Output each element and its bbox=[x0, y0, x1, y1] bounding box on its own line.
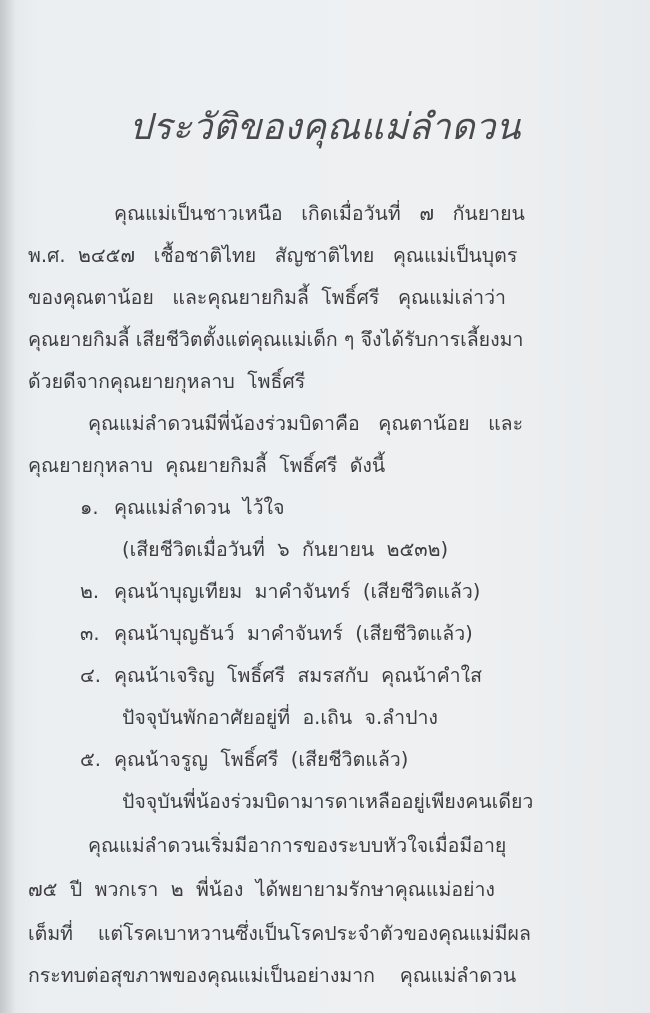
paragraph-1-line-5: ด้วยดีจากคุณยายกุหลาบ โพธิ์ศรี bbox=[28, 372, 305, 392]
sibling-number: ๔. bbox=[80, 666, 101, 686]
sibling-number: ๑. bbox=[80, 498, 99, 518]
sibling-number: ๒. bbox=[80, 582, 99, 602]
paragraph-3-line-1: ปัจจุบันพี่น้องร่วมบิดามารดาเหลืออยู่เพี… bbox=[122, 792, 533, 812]
paragraph-4-line-2: ๗๕ ปี พวกเรา ๒ พี่น้อง ได้พยายามรักษาคุณ… bbox=[28, 880, 495, 900]
paragraph-4-line-3: เต็มที่ แต่โรคเบาหวานซึ่งเป็นโรคประจำตัว… bbox=[28, 924, 531, 944]
paragraph-1-line-3: ของคุณตาน้อย และคุณยายกิมลี้ โพธิ์ศรี คุ… bbox=[28, 288, 506, 308]
sibling-text: คุณน้าเจริญ โพธิ์ศรี สมรสกับ คุณน้าคำใส bbox=[114, 666, 482, 686]
sibling-note: (เสียชีวิตเมื่อวันที่ ๖ กันยายน ๒๕๓๒) bbox=[122, 540, 448, 560]
book-page: ประวัติของคุณแม่ลำดวน คุณแม่เป็นชาวเหนือ… bbox=[0, 0, 650, 1013]
sibling-text: คุณน้าจรูญ โพธิ์ศรี (เสียชีวิตแล้ว) bbox=[114, 750, 408, 770]
sibling-number: ๓. bbox=[80, 624, 100, 644]
sibling-text: คุณแม่ลำดวน ไว้ใจ bbox=[114, 498, 285, 518]
sibling-text: คุณน้าบุญธันว์ มาคำจันทร์ (เสียชีวิตแล้ว… bbox=[114, 624, 473, 644]
paragraph-2-line-1: คุณแม่ลำดวนมีพี่น้องร่วมบิดาคือ คุณตาน้อ… bbox=[88, 414, 523, 434]
sibling-text: คุณน้าบุญเทียม มาคำจันทร์ (เสียชีวิตแล้ว… bbox=[114, 582, 480, 602]
paragraph-1-line-1: คุณแม่เป็นชาวเหนือ เกิดเมื่อวันที่ ๗ กัน… bbox=[114, 204, 525, 224]
paragraph-2-line-2: คุณยายกุหลาบ คุณยายกิมลี้ โพธิ์ศรี ดังนี… bbox=[28, 456, 385, 476]
paragraph-4-line-1: คุณแม่ลำดวนเริ่มมีอาการของระบบหัวใจเมื่อ… bbox=[88, 836, 506, 856]
sibling-number: ๕. bbox=[80, 750, 101, 770]
paragraph-1-line-2: พ.ศ. ๒๔๕๗ เชื้อชาติไทย สัญชาติไทย คุณแม่… bbox=[28, 246, 517, 266]
page-title: ประวัติของคุณแม่ลำดวน bbox=[0, 98, 650, 155]
paragraph-1-line-4: คุณยายกิมลี้ เสียชีวิตตั้งแต่คุณแม่เด็ก … bbox=[28, 330, 523, 350]
paragraph-4-line-4: กระทบต่อสุขภาพของคุณแม่เป็นอย่างมาก คุณแ… bbox=[28, 966, 516, 986]
sibling-note: ปัจจุบันพักอาศัยอยู่ที่ อ.เถิน จ.ลำปาง bbox=[122, 708, 438, 728]
